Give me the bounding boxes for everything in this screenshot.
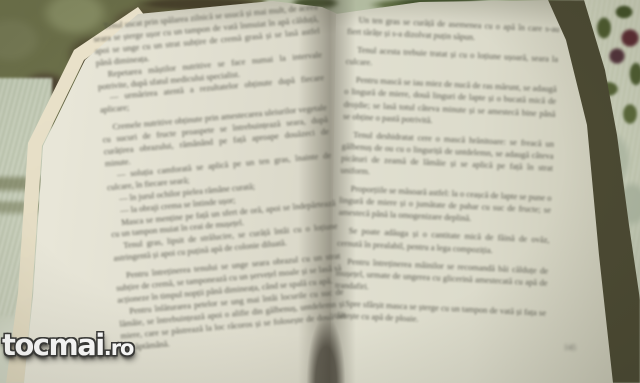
photo-vignette-overlay xyxy=(0,0,640,383)
photo-open-book-on-carpet: Tenul uscat prin spălarea zilnică se usu… xyxy=(0,0,640,383)
